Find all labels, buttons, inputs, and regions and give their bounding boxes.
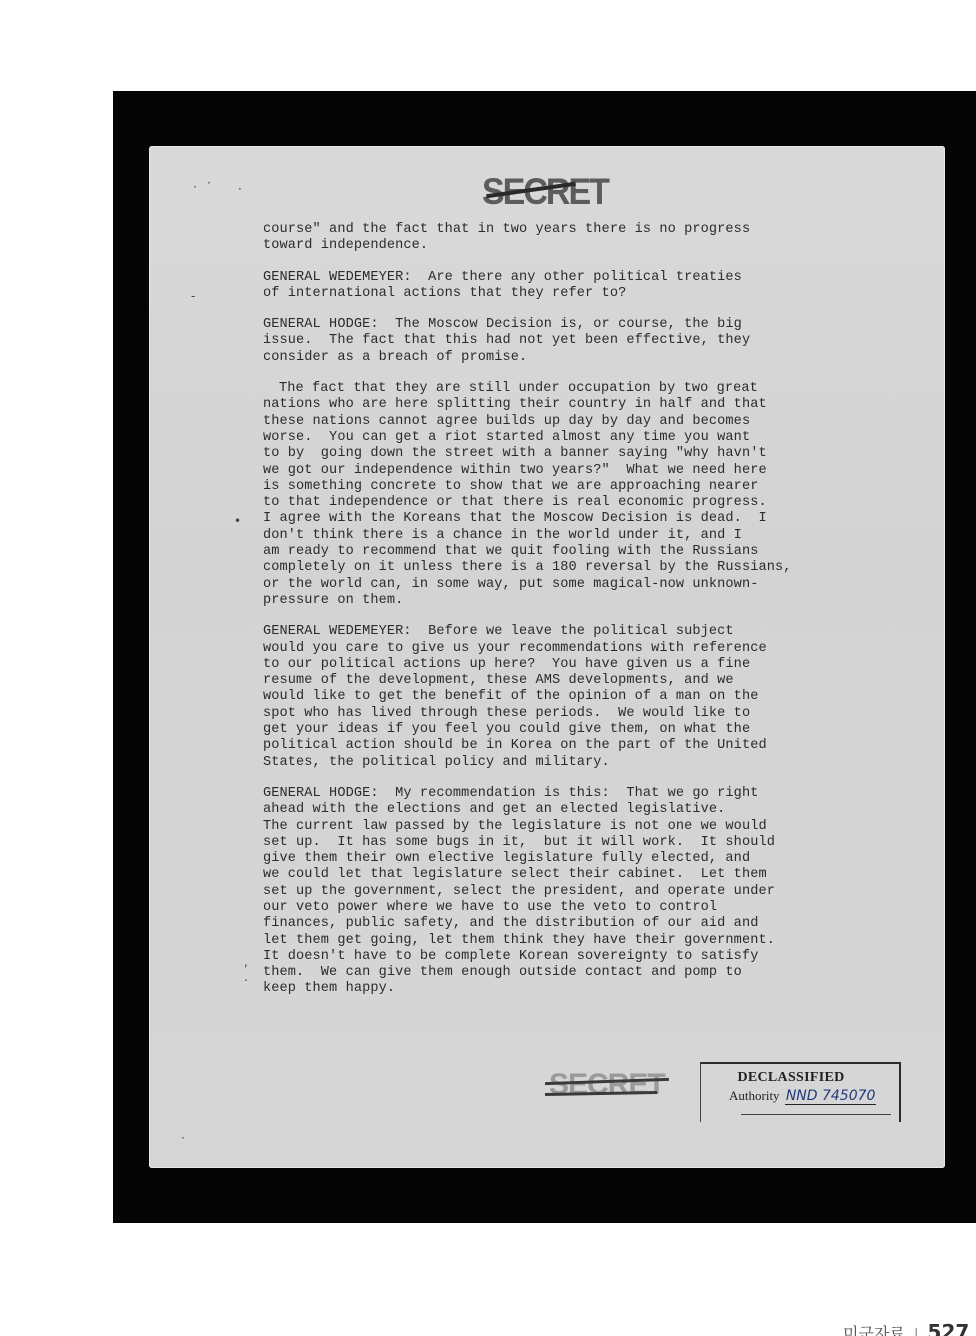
page-footer: 미군자료|527	[843, 1320, 969, 1336]
text-line: GENERAL WEDEMEYER: Are there any other p…	[263, 270, 883, 286]
text-line: get your ideas if you feel you could giv…	[263, 722, 883, 738]
document-paragraph: GENERAL HODGE: The Moscow Decision is, o…	[263, 317, 883, 366]
text-line: spot who has lived through these periods…	[263, 706, 883, 722]
text-line: don't think there is a chance in the wor…	[263, 528, 883, 544]
text-line: political action should be in Korea on t…	[263, 738, 883, 754]
text-line: course" and the fact that in two years t…	[263, 222, 883, 238]
margin-mark: •	[234, 514, 241, 528]
margin-mark: ·	[207, 176, 211, 190]
page-number: 527	[928, 1320, 970, 1336]
classification-stamp-bottom: SECRET	[545, 1066, 670, 1106]
text-line: GENERAL WEDEMEYER: Before we leave the p…	[263, 624, 883, 640]
text-line: issue. The fact that this had not yet be…	[263, 333, 883, 349]
text-line: or the world can, in some way, put some …	[263, 577, 883, 593]
text-line: I agree with the Koreans that the Moscow…	[263, 511, 883, 527]
margin-mark: ·	[193, 180, 197, 194]
classification-label: SECRET	[549, 1068, 665, 1102]
text-line: am ready to recommend that we quit fooli…	[263, 544, 883, 560]
text-line: GENERAL HODGE: My recommendation is this…	[263, 786, 883, 802]
text-line: let them get going, let them think they …	[263, 933, 883, 949]
text-line: GENERAL HODGE: The Moscow Decision is, o…	[263, 317, 883, 333]
document-paragraph: GENERAL WEDEMEYER: Are there any other p…	[263, 270, 883, 303]
classification-stamp-top: SECRET	[482, 170, 578, 214]
document-paragraph: GENERAL WEDEMEYER: Before we leave the p…	[263, 624, 883, 771]
declassified-title: DECLASSIFIED	[701, 1070, 881, 1086]
text-line: we could let that legislature select the…	[263, 867, 883, 883]
text-line: ahead with the elections and get an elec…	[263, 802, 883, 818]
document-paragraph: The fact that they are still under occup…	[263, 381, 883, 609]
text-line: them. We can give them enough outside co…	[263, 965, 883, 981]
text-line: set up the government, select the presid…	[263, 884, 883, 900]
authority-label: Authority	[729, 1088, 780, 1103]
text-line: we got our independence within two years…	[263, 463, 883, 479]
text-line: The current law passed by the legislatur…	[263, 819, 883, 835]
text-line: keep them happy.	[263, 981, 883, 997]
declassification-stamp: DECLASSIFIED Authority NND 745070	[700, 1062, 901, 1122]
margin-mark: ,	[244, 955, 248, 969]
text-line: consider as a breach of promise.	[263, 350, 883, 366]
text-line: worse. You can get a riot started almost…	[263, 430, 883, 446]
text-line: completely on it unless there is a 180 r…	[263, 560, 883, 576]
stamp-underline	[741, 1114, 891, 1115]
text-line: would you care to give us your recommend…	[263, 641, 883, 657]
text-line: give them their own elective legislature…	[263, 851, 883, 867]
text-line: nations who are here splitting their cou…	[263, 397, 883, 413]
margin-mark: -	[191, 289, 195, 303]
margin-mark: ·	[181, 1131, 185, 1145]
authority-line: Authority NND 745070	[729, 1088, 876, 1104]
text-line: to by going down the street with a banne…	[263, 446, 883, 462]
document-paragraph: GENERAL HODGE: My recommendation is this…	[263, 786, 883, 998]
footer-section-title: 미군자료	[843, 1324, 905, 1336]
text-line: to that independence or that there is re…	[263, 495, 883, 511]
text-line: these nations cannot agree builds up day…	[263, 414, 883, 430]
margin-mark: .	[244, 970, 248, 984]
text-line: is something concrete to show that we ar…	[263, 479, 883, 495]
document-paragraph: course" and the fact that in two years t…	[263, 222, 883, 255]
text-line: would like to get the benefit of the opi…	[263, 689, 883, 705]
footer-separator: |	[914, 1327, 919, 1336]
text-line: States, the political policy and militar…	[263, 755, 883, 771]
text-line: our veto power where we have to use the …	[263, 900, 883, 916]
text-line: toward independence.	[263, 238, 883, 254]
text-line: resume of the development, these AMS dev…	[263, 673, 883, 689]
text-line: pressure on them.	[263, 593, 883, 609]
text-line: The fact that they are still under occup…	[263, 381, 883, 397]
text-line: of international actions that they refer…	[263, 286, 883, 302]
authority-value: NND 745070	[785, 1088, 877, 1105]
text-line: It doesn't have to be complete Korean so…	[263, 949, 883, 965]
margin-mark: ·	[238, 182, 242, 196]
text-line: finances, public safety, and the distrib…	[263, 916, 883, 932]
text-line: to our political actions up here? You ha…	[263, 657, 883, 673]
text-line: set up. It has some bugs in it, but it w…	[263, 835, 883, 851]
document-body: course" and the fact that in two years t…	[263, 222, 883, 1013]
